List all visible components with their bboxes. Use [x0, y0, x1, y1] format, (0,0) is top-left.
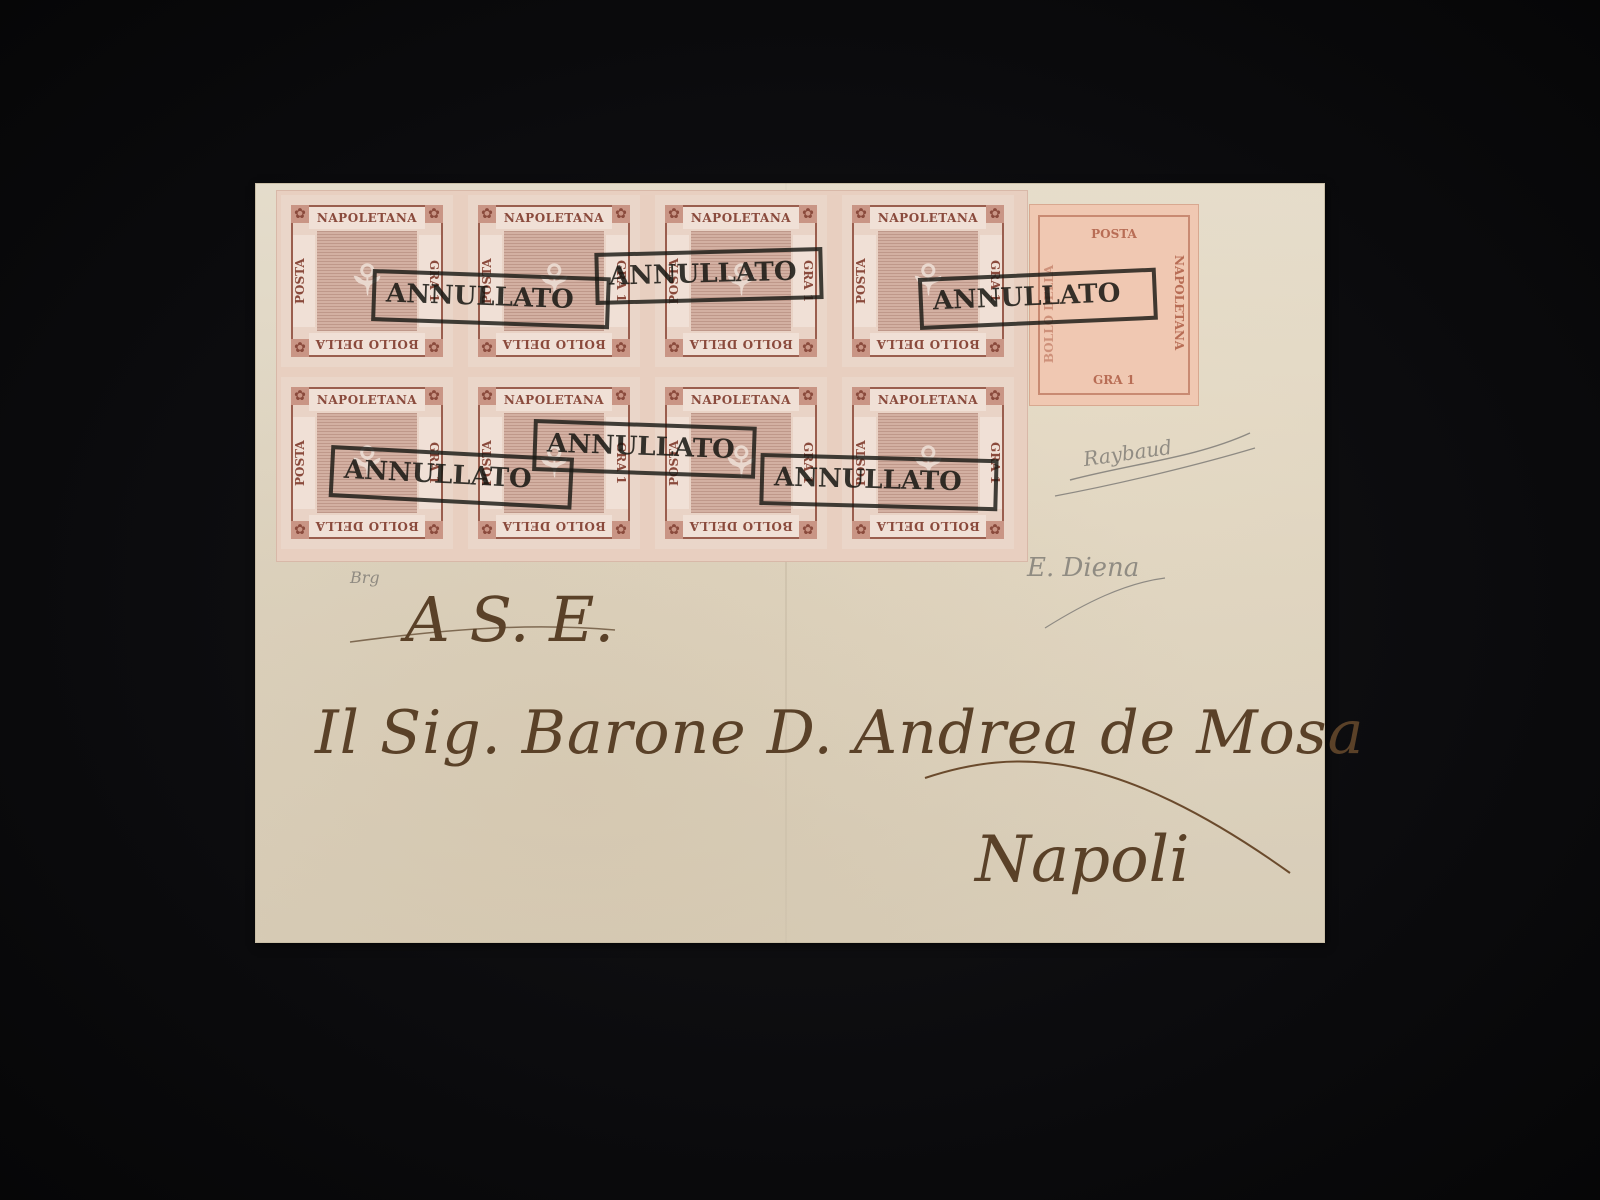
stamp-bottom-label: BOLLO DELLA	[870, 333, 986, 355]
postal-cover: ⚘NAPOLETANABOLLO DELLAPOSTAGRA 1✿✿✿✿⚘NAP…	[255, 183, 1325, 943]
stamp-top-label: POSTA	[1030, 227, 1198, 241]
cancellation-stamp: ANNULLATO	[918, 268, 1158, 330]
rosette-icon: ✿	[665, 521, 683, 539]
rosette-icon: ✿	[986, 339, 1004, 357]
address-salutation: A S. E.	[405, 583, 614, 656]
stamp-bottom-label: BOLLO DELLA	[496, 515, 612, 537]
stamp-left-label: POSTA	[854, 235, 876, 327]
pencil-signature-raybaud: Raybaud	[1082, 435, 1174, 471]
rosette-icon: ✿	[291, 387, 309, 405]
cancellation-stamp: ANNULLATO	[759, 453, 998, 511]
rosette-icon: ✿	[799, 521, 817, 539]
rosette-icon: ✿	[665, 339, 683, 357]
stamp-top-label: NAPOLETANA	[683, 207, 799, 229]
rosette-icon: ✿	[612, 521, 630, 539]
rosette-icon: ✿	[478, 205, 496, 223]
rosette-icon: ✿	[986, 205, 1004, 223]
stamp-top-label: NAPOLETANA	[870, 389, 986, 411]
rosette-icon: ✿	[665, 387, 683, 405]
rosette-icon: ✿	[425, 205, 443, 223]
stamp-bottom-label: BOLLO DELLA	[309, 515, 425, 537]
rosette-icon: ✿	[799, 205, 817, 223]
rosette-icon: ✿	[425, 387, 443, 405]
rosette-icon: ✿	[852, 205, 870, 223]
stamp-top-label: NAPOLETANA	[870, 207, 986, 229]
stamp-top-label: NAPOLETANA	[309, 207, 425, 229]
stamp-top-label: NAPOLETANA	[496, 389, 612, 411]
rosette-icon: ✿	[291, 205, 309, 223]
rosette-icon: ✿	[799, 339, 817, 357]
rosette-icon: ✿	[478, 521, 496, 539]
rosette-icon: ✿	[799, 387, 817, 405]
stamp-top-label: NAPOLETANA	[309, 389, 425, 411]
stamp-left-label: POSTA	[293, 417, 315, 509]
rosette-icon: ✿	[852, 339, 870, 357]
pencil-signature-diena: E. Diena	[1027, 553, 1139, 583]
rosette-icon: ✿	[986, 521, 1004, 539]
stamp-left-label: POSTA	[293, 235, 315, 327]
stamp-bottom-label: GRA 1	[1030, 373, 1198, 387]
rosette-icon: ✿	[291, 521, 309, 539]
stamp-bottom-label: BOLLO DELLA	[683, 333, 799, 355]
rosette-icon: ✿	[852, 521, 870, 539]
address-city: Napoli	[975, 823, 1190, 897]
rosette-icon: ✿	[612, 205, 630, 223]
stamp-top-label: NAPOLETANA	[496, 207, 612, 229]
address-recipient: Il Sig. Barone D. Andrea de Mosa	[315, 698, 1364, 768]
rosette-icon: ✿	[612, 387, 630, 405]
rosette-icon: ✿	[612, 339, 630, 357]
stamp-top-label: NAPOLETANA	[683, 389, 799, 411]
rosette-icon: ✿	[665, 205, 683, 223]
rosette-icon: ✿	[291, 339, 309, 357]
stamp-bottom-label: BOLLO DELLA	[496, 333, 612, 355]
stamp-right-label: NAPOLETANA	[1172, 255, 1186, 350]
rosette-icon: ✿	[425, 521, 443, 539]
stamp-bottom-label: BOLLO DELLA	[309, 333, 425, 355]
stamp-bottom-label: BOLLO DELLA	[870, 515, 986, 537]
cancellation-stamp: ANNULLATO	[594, 247, 823, 305]
stamp-bottom-label: BOLLO DELLA	[683, 515, 799, 537]
rosette-icon: ✿	[425, 339, 443, 357]
rosette-icon: ✿	[478, 339, 496, 357]
rosette-icon: ✿	[852, 387, 870, 405]
rosette-icon: ✿	[986, 387, 1004, 405]
pencil-mark: Brg	[350, 568, 380, 587]
rosette-icon: ✿	[478, 387, 496, 405]
cancellation-stamp: ANNULLATO	[371, 269, 611, 329]
